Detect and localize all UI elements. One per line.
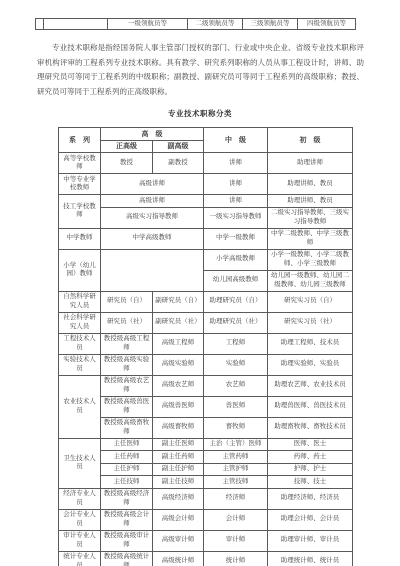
table-row: 教授级高级兽医师高级兽医师兽医师助理兽医师、兽医技术员: [59, 396, 353, 417]
senior-deputy-cell: 副主任技师: [153, 476, 204, 489]
junior-cell: 助理统计师、统计员: [268, 551, 353, 566]
senior-full-cell: 教授级高级畜牧师: [101, 417, 153, 438]
series-cell: 统计专业人员: [59, 551, 101, 566]
table-cell: [44, 19, 108, 30]
senior-full-cell: 主任医师: [101, 438, 153, 451]
table-row: 审计专业人员教授级高级审计师高级审计师审计师助理审计师、审计员: [59, 530, 353, 551]
senior-deputy-cell: 副主任药师: [153, 451, 204, 464]
series-cell: 实验技术人员: [59, 354, 101, 375]
middle-cell: 幼儿园高级教师: [204, 270, 268, 291]
table-cell: 三级领航员等: [243, 19, 298, 30]
junior-cell: 护师、护士: [268, 463, 353, 476]
table-row: 教授级高级畜牧师高级畜牧师畜牧师助理畜牧师、畜牧技术员: [59, 417, 353, 438]
middle-cell: 助理研究员（自）: [204, 291, 268, 312]
series-cell: 中等专业学校教师: [59, 174, 101, 195]
senior-full-cell: 教授级高级实验师: [101, 354, 153, 375]
header-senior-deputy: 副高级: [153, 140, 204, 153]
senior-full-cell: 主任护师: [101, 463, 153, 476]
middle-cell: 主管药师: [204, 451, 268, 464]
table-cell: 一级领航员等: [108, 19, 188, 30]
middle-cell: 主管护师: [204, 463, 268, 476]
table-header-row: 系 列 高 级 中 级 初 级: [59, 128, 353, 141]
middle-cell: 助理研究员（社）: [204, 312, 268, 333]
junior-cell: 助理兽医师、兽医技术员: [268, 396, 353, 417]
series-cell: 自然科学研究人员: [59, 291, 101, 312]
middle-cell: 经济师: [204, 488, 268, 509]
series-cell: 工程技术人员: [59, 333, 101, 354]
senior-merged-cell: 高级讲师: [101, 195, 204, 208]
senior-full-cell: 主任药师: [101, 451, 153, 464]
junior-cell: 药师、药士: [268, 451, 353, 464]
senior-full-cell: 教授级高级兽医师: [101, 396, 153, 417]
table-row: 高级实习指导教师一级实习指导教师二级实习指导教师、三级实习指导教师: [59, 207, 353, 228]
junior-cell: 小学一级教师、小学二级教师、小学三级教师: [268, 249, 353, 270]
table-row: 技工学校教师高级讲师讲师助理讲师、教员: [59, 195, 353, 208]
senior-full-cell: 教授级高级工程师: [101, 333, 153, 354]
classification-table-body: 高等学校教师教授副教授讲师助理讲师中等专业学校教师高级讲师讲师助理讲师、教员技工…: [59, 153, 353, 566]
junior-cell: 助理讲师、教员: [268, 195, 353, 208]
table-row: 统计专业人员教授级高级统计师高级统计师统计师助理统计师、统计员: [59, 551, 353, 566]
series-cell: 经济专业人员: [59, 488, 101, 509]
junior-cell: 中学二级教师、中学三级教师: [268, 228, 353, 249]
junior-cell: 研究实习员（社）: [268, 312, 353, 333]
senior-full-cell: 教授级高级会计师: [101, 509, 153, 530]
senior-deputy-cell: 高级经济师: [153, 488, 204, 509]
middle-cell: 一级实习指导教师: [204, 207, 268, 228]
middle-cell: 实验师: [204, 354, 268, 375]
senior-deputy-cell: 副研究员（社）: [153, 312, 204, 333]
junior-cell: 助理畜牧师、畜牧技术员: [268, 417, 353, 438]
table-row: 工程技术人员教授级高级工程师高级工程师工程师助理工程师、技术员: [59, 333, 353, 354]
table-row: 中学教师中学高级教师中学一级教师中学二级教师、中学三级教师: [59, 228, 353, 249]
table-row: 高等学校教师教授副教授讲师助理讲师: [59, 153, 353, 174]
middle-cell: 主治（主管）医师: [204, 438, 268, 451]
senior-merged-cell: 中学高级教师: [101, 228, 204, 249]
header-junior: 初 级: [268, 128, 353, 153]
page-title: 专业技术职称分类: [0, 108, 400, 119]
header-series: 系 列: [59, 128, 101, 153]
middle-cell: 讲师: [204, 174, 268, 195]
table-row: 会计专业人员教授级高级会计师高级会计师会计师助理会计师、会计员: [59, 509, 353, 530]
junior-cell: 助理农艺师、农业技术员: [268, 375, 353, 396]
middle-cell: 中学一级教师: [204, 228, 268, 249]
middle-cell: 农艺师: [204, 375, 268, 396]
series-cell: 审计专业人员: [59, 530, 101, 551]
middle-cell: 兽医师: [204, 396, 268, 417]
junior-cell: 助理会计师、会计员: [268, 509, 353, 530]
table-row: 小学（幼儿园）教师小学高级教师小学一级教师、小学二级教师、小学三级教师: [59, 249, 353, 270]
senior-full-cell: 研究员（自）: [101, 291, 153, 312]
senior-deputy-cell: 高级工程师: [153, 333, 204, 354]
table-row: 主任护师副主任护师主管护师护师、护士: [59, 463, 353, 476]
table-row: 经济专业人员教授级高级经济师高级经济师经济师助理经济师、经济员: [59, 488, 353, 509]
senior-deputy-cell: 副主任医师: [153, 438, 204, 451]
junior-cell: 助理工程师、技术员: [268, 333, 353, 354]
senior-deputy-cell: 高级兽医师: [153, 396, 204, 417]
middle-cell: 小学高级教师: [204, 249, 268, 270]
table-row: 社会科学研究人员研究员（社）副研究员（社）助理研究员（社）研究实习员（社）: [59, 312, 353, 333]
header-middle: 中 级: [204, 128, 268, 153]
table-cell: 二级领航员等: [188, 19, 243, 30]
header-senior-full: 正高级: [101, 140, 153, 153]
junior-cell: 助理讲师、教员: [268, 174, 353, 195]
series-cell: 小学（幼儿园）教师: [59, 249, 101, 291]
table-cell: [36, 19, 44, 30]
senior-deputy-cell: 高级农艺师: [153, 375, 204, 396]
series-cell: 中学教师: [59, 228, 101, 249]
table-row: 自然科学研究人员研究员（自）副研究员（自）助理研究员（自）研究实习员（自）: [59, 291, 353, 312]
middle-cell: 统计师: [204, 551, 268, 566]
middle-cell: 会计师: [204, 509, 268, 530]
middle-cell: 讲师: [204, 195, 268, 208]
senior-deputy-cell: 高级审计师: [153, 530, 204, 551]
senior-deputy-cell: 副主任护师: [153, 463, 204, 476]
middle-cell: 工程师: [204, 333, 268, 354]
junior-cell: 医师、医士: [268, 438, 353, 451]
series-cell: 技工学校教师: [59, 195, 101, 229]
header-senior: 高 级: [101, 128, 204, 141]
senior-full-cell: 教授级高级审计师: [101, 530, 153, 551]
middle-cell: 主管技师: [204, 476, 268, 489]
intro-paragraph: 专业技术职称是指经国务院人事主管部门授权的部门、行业或中央企业、省级专业技术职称…: [37, 41, 364, 99]
table-row: 主任药师副主任药师主管药师药师、药士: [59, 451, 353, 464]
senior-full-cell: 主任技师: [101, 476, 153, 489]
senior-blank-cell: [101, 249, 204, 291]
senior-merged-cell: 高级讲师: [101, 174, 204, 195]
senior-full-cell: 教授级高级统计师: [101, 551, 153, 566]
series-cell: 高等学校教师: [59, 153, 101, 174]
middle-cell: 畜牧师: [204, 417, 268, 438]
classification-table: 系 列 高 级 中 级 初 级 正高级 副高级 高等学校教师教授副教授讲师助理讲…: [58, 127, 353, 566]
table-row: 主任技师副主任技师主管技师技师、技士: [59, 476, 353, 489]
table-row: 农业技术人员教授级高级农艺师高级农艺师农艺师助理农艺师、农业技术员: [59, 375, 353, 396]
table-row: 实验技术人员教授级高级实验师高级实验师实验师助理实验师、实验员: [59, 354, 353, 375]
table-cell: 四级领航员等: [298, 19, 356, 30]
junior-cell: 研究实习员（自）: [268, 291, 353, 312]
table-row: 卫生技术人员主任医师副主任医师主治（主管）医师医师、医士: [59, 438, 353, 451]
senior-deputy-cell: 副教授: [153, 153, 204, 174]
senior-full-cell: 教授: [101, 153, 153, 174]
senior-full-cell: 研究员（社）: [101, 312, 153, 333]
previous-table-tail: 一级领航员等 二级领航员等 三级领航员等 四级领航员等: [35, 18, 356, 30]
series-cell: 社会科学研究人员: [59, 312, 101, 333]
junior-cell: 助理审计师、审计员: [268, 530, 353, 551]
middle-cell: 讲师: [204, 153, 268, 174]
table-row: 中等专业学校教师高级讲师讲师助理讲师、教员: [59, 174, 353, 195]
senior-full-cell: 教授级高级农艺师: [101, 375, 153, 396]
junior-cell: 技师、技士: [268, 476, 353, 489]
senior-deputy-cell: 高级畜牧师: [153, 417, 204, 438]
table-row: 一级领航员等 二级领航员等 三级领航员等 四级领航员等: [36, 19, 356, 30]
junior-cell: 助理经济师、经济员: [268, 488, 353, 509]
series-cell: 会计专业人员: [59, 509, 101, 530]
senior-deputy-cell: 高级统计师: [153, 551, 204, 566]
middle-cell: 审计师: [204, 530, 268, 551]
senior-deputy-cell: 高级实验师: [153, 354, 204, 375]
junior-cell: 幼儿园一级教师、幼儿园二级教师、幼儿园三级教师: [268, 270, 353, 291]
series-cell: 卫生技术人员: [59, 438, 101, 488]
senior-full-cell: 教授级高级经济师: [101, 488, 153, 509]
senior-deputy-cell: 高级会计师: [153, 509, 204, 530]
senior-deputy-cell: 副研究员（自）: [153, 291, 204, 312]
junior-cell: 助理实验师、实验员: [268, 354, 353, 375]
junior-cell: 助理讲师: [268, 153, 353, 174]
series-cell: 农业技术人员: [59, 375, 101, 438]
senior-merged-cell: 高级实习指导教师: [101, 207, 204, 228]
junior-cell: 二级实习指导教师、三级实习指导教师: [268, 207, 353, 228]
